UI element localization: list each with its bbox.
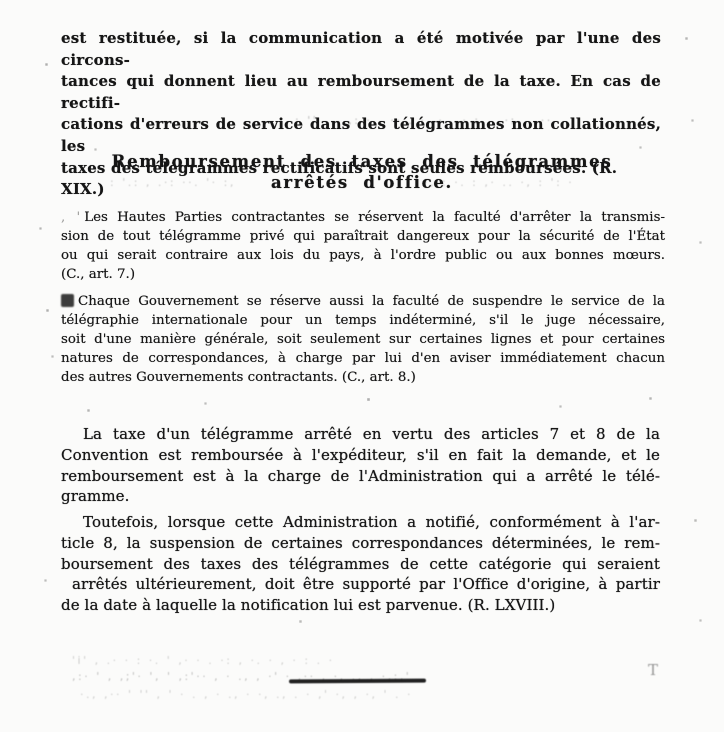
bleedthrough-text: : '' . , ,: · . ·· . ·, ·. ,· : . ,·: , … xyxy=(295,114,673,127)
text-line: sion de tout télégramme privé qui paraît… xyxy=(61,228,665,247)
text-line: tances qui donnent lieu au remboursement… xyxy=(61,71,661,114)
text-line-content: Chaque Gouvernement se réserve aussi la … xyxy=(78,294,665,309)
scanned-document-page: { "document": { "continuation": { "lines… xyxy=(0,0,724,732)
bleedthrough-mark: , ' xyxy=(61,210,81,225)
toutefois-paragraph: Toutefois, lorsque cette Administration … xyxy=(61,512,660,616)
ink-smudge-line xyxy=(289,679,426,684)
bleedthrough-text: . : '.: , .·: ··. '· :, xyxy=(98,176,306,189)
text-line: gramme. xyxy=(61,486,660,507)
text-line: Convention est remboursée à l'expéditeur… xyxy=(61,445,660,466)
text-line: , 'Les Hautes Parties contractantes se r… xyxy=(61,209,665,228)
text-line: ou qui serait contraire aux lois du pays… xyxy=(61,247,665,266)
text-line: natures de correspondances, à charge par… xyxy=(61,350,665,369)
text-line: Chaque Gouvernement se réserve aussi la … xyxy=(61,293,665,312)
bleedthrough-text: ·., ,·· ' '' , ' · . , · ., · ·, ., . · … xyxy=(80,688,680,701)
bleedthrough-text: 'i' , .· · : ·. ' ,· · . ·: , ·. · , · :… xyxy=(72,654,664,667)
ink-specks xyxy=(0,0,1,1)
article-8-paragraph: Chaque Gouvernement se réserve aussi la … xyxy=(61,293,665,388)
text-line: boursement des taxes des télégrammes de … xyxy=(61,554,660,575)
text-line: ticle 8, la suspension de certaines corr… xyxy=(61,533,660,554)
ink-smudge xyxy=(61,294,74,307)
text-line: Toutefois, lorsque cette Administration … xyxy=(61,512,660,533)
text-line: télégraphie internationale pour un temps… xyxy=(61,312,665,331)
bleedthrough-text: ·, : ·. : ,· .. ·, : ': · xyxy=(424,176,646,189)
bleedthrough-mark: T xyxy=(648,661,658,679)
text-line: soit d'une manière générale, soit seulem… xyxy=(61,331,665,350)
text-line: des autres Gouvernements contractants. (… xyxy=(61,369,665,388)
text-line: de la date à laquelle la notification lu… xyxy=(61,595,660,616)
text-line: est restituée, si la communication a été… xyxy=(61,28,661,71)
text-line-content: Les Hautes Parties contractantes se rése… xyxy=(84,210,665,225)
article-7-paragraph: , 'Les Hautes Parties contractantes se r… xyxy=(61,209,665,285)
refund-paragraph: La taxe d'un télégramme arrêté en vertu … xyxy=(61,424,660,507)
text-line: La taxe d'un télégramme arrêté en vertu … xyxy=(61,424,660,445)
text-line: arrêtés ultérieurement, doit être suppor… xyxy=(61,574,660,595)
heading-line-1: Remboursement des taxes des télégrammes xyxy=(0,151,724,172)
text-line: (C., art. 7.) xyxy=(61,266,665,285)
text-line: remboursement est à la charge de l'Admin… xyxy=(61,466,660,487)
